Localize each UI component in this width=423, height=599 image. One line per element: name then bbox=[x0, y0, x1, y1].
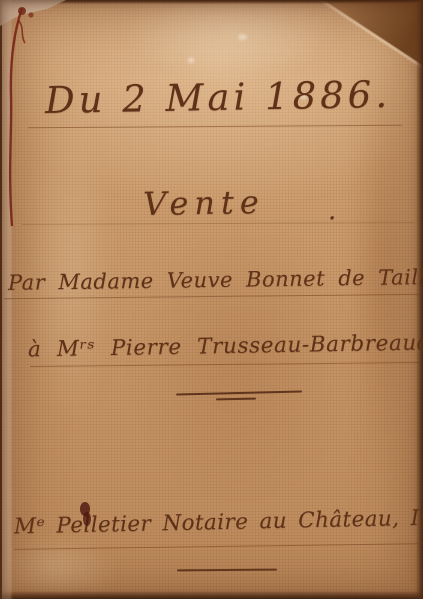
edge-bottom bbox=[0, 591, 423, 599]
cover-page: Du 2 Mai 1886. Vente . Par Madame Veuve … bbox=[0, 0, 423, 599]
date-line: Du 2 Mai 1886. bbox=[45, 73, 384, 122]
title-line: Vente bbox=[118, 183, 291, 224]
ink-blot bbox=[76, 500, 96, 532]
